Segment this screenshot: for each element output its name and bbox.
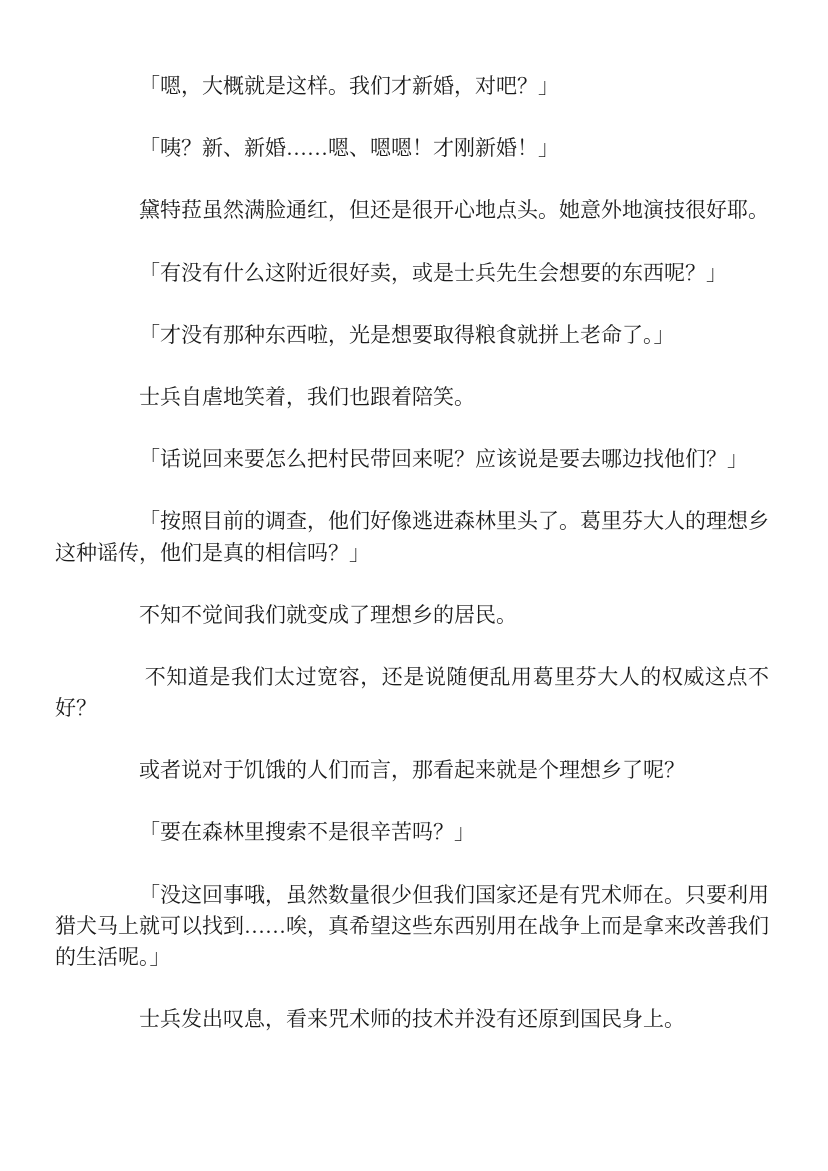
paragraph: 士兵自虐地笑着，我们也跟着陪笑。 [55, 382, 769, 413]
paragraph: 「话说回来要怎么把村民带回来呢？应该说是要去哪边找他们？」 [55, 444, 769, 475]
paragraph: 士兵发出叹息，看来咒术师的技术并没有还原到国民身上。 [55, 1004, 769, 1035]
paragraph: 「咦？新、新婚……嗯、嗯嗯！才刚新婚！」 [55, 133, 769, 164]
paragraph: 或者说对于饥饿的人们而言，那看起来就是个理想乡了呢？ [55, 755, 769, 786]
paragraph: 不知道是我们太过宽容，还是说随便乱用葛里芬大人的权威这点不好？ [55, 662, 769, 724]
paragraph: 「嗯，大概就是这样。我们才新婚，对吧？」 [55, 71, 769, 102]
paragraph: 「要在森林里搜索不是很辛苦吗？」 [55, 817, 769, 848]
paragraph: 「有没有什么这附近很好卖，或是士兵先生会想要的东西呢？」 [55, 258, 769, 289]
paragraph: 「没这回事哦，虽然数量很少但我们国家还是有咒术师在。只要利用猎犬马上就可以找到…… [55, 880, 769, 973]
paragraph: 黛特菈虽然满脸通红，但还是很开心地点头。她意外地演技很好耶。 [55, 195, 769, 226]
document-page: 「嗯，大概就是这样。我们才新婚，对吧？」 「咦？新、新婚……嗯、嗯嗯！才刚新婚！… [0, 0, 828, 1171]
paragraph: 「才没有那种东西啦，光是想要取得粮食就拼上老命了。」 [55, 320, 769, 351]
paragraph: 不知不觉间我们就变成了理想乡的居民。 [55, 600, 769, 631]
paragraph: 「按照目前的调查，他们好像逃进森林里头了。葛里芬大人的理想乡这种谣传，他们是真的… [55, 506, 769, 568]
